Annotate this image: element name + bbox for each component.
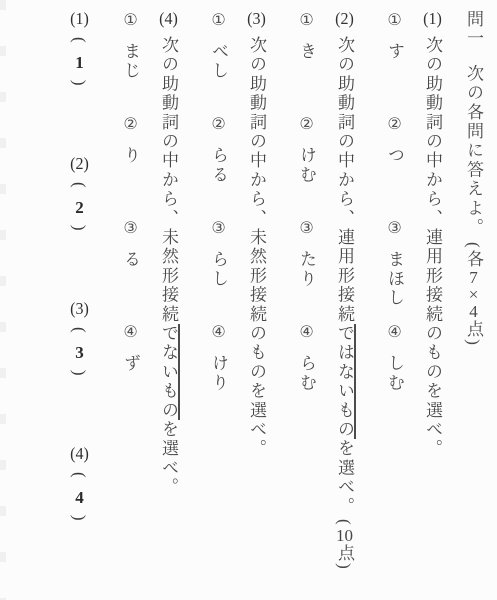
option-4: ④しむ <box>375 322 413 393</box>
circled-1-icon: ① <box>385 10 404 31</box>
question-3-text: 次の助動詞の中から、未然形接続のものを選べ。 <box>247 36 266 458</box>
question-4-text: 次の助動詞の中から、未然形接続 <box>159 36 178 324</box>
question-2-text: 次の助動詞の中から、連用形接続 <box>335 36 354 324</box>
answer-2-label: (2) <box>70 155 89 172</box>
option-2-text: らる <box>209 146 228 184</box>
option-3: ③たり <box>287 218 325 322</box>
option-2: ②り <box>111 114 149 218</box>
option-2: ②けむ <box>287 114 325 218</box>
option-1: ①まじ <box>111 10 149 114</box>
answer-blank-2: (2)(2) <box>59 155 99 300</box>
circled-4-icon: ④ <box>297 322 316 343</box>
option-2: ②らる <box>199 114 237 218</box>
answer-blank-4: (4)(4) <box>59 445 99 590</box>
section-points-note: (各7×4点) <box>464 242 483 347</box>
answer-1-close-paren: ) <box>70 80 89 88</box>
exam-sheet: 問一次の各問に答えよ。(各7×4点) (1)次の助動詞の中から、連用形接続のもの… <box>54 10 493 592</box>
answer-1-open-paren: ( <box>70 37 89 45</box>
question-3: (3)次の助動詞の中から、未然形接続のものを選べ。 ①べし②らる③らし④けり <box>199 10 275 592</box>
circled-4-icon: ④ <box>385 322 404 343</box>
question-4-label: (4) <box>159 10 178 27</box>
scan-edge-artifact <box>0 0 6 600</box>
circled-2-icon: ② <box>297 114 316 135</box>
option-4-text: けり <box>209 354 228 392</box>
question-2-label: (2) <box>335 10 354 27</box>
circled-3-icon: ③ <box>297 218 316 239</box>
option-2-text: つ <box>385 146 404 165</box>
answer-column: (1)(1)(2)(2)(3)(3)(4)(4) <box>59 10 99 592</box>
option-3: ③まほし <box>375 218 413 322</box>
question-2-emphasis: ではないもの <box>335 324 356 439</box>
option-3-text: まほし <box>385 250 404 308</box>
answer-3-value: 3 <box>70 344 89 361</box>
question-1-prompt: (1)次の助動詞の中から、連用形接続のものを選べ。 <box>413 10 451 592</box>
circled-3-icon: ③ <box>121 218 140 239</box>
question-3-prompt: (3)次の助動詞の中から、未然形接続のものを選べ。 <box>237 10 275 592</box>
option-1-text: べし <box>209 42 228 80</box>
section-instruction: 次の各問に答えよ。 <box>464 64 483 237</box>
answer-blank-1: (1)(1) <box>59 10 99 155</box>
answer-2-open-paren: ( <box>70 182 89 190</box>
option-1-text: す <box>385 42 404 61</box>
answer-4-open-paren: ( <box>70 472 89 480</box>
option-3-text: らし <box>209 250 228 288</box>
option-2-text: けむ <box>297 146 316 184</box>
circled-4-icon: ④ <box>209 322 228 343</box>
option-2-text: り <box>121 146 140 165</box>
option-4: ④らむ <box>287 322 325 393</box>
answer-4-value: 4 <box>70 489 89 506</box>
circled-2-icon: ② <box>209 114 228 135</box>
question-1-label: (1) <box>423 10 442 27</box>
answer-3-open-paren: ( <box>70 327 89 335</box>
question-4-prompt: (4)次の助動詞の中から、未然形接続でないものを選べ。 <box>149 10 187 592</box>
answer-2-close-paren: ) <box>70 225 89 233</box>
question-3-label: (3) <box>247 10 266 27</box>
circled-1-icon: ① <box>209 10 228 31</box>
option-1-text: き <box>297 42 316 61</box>
answer-3-close-paren: ) <box>70 370 89 378</box>
option-1: ①き <box>287 10 325 114</box>
circled-3-icon: ③ <box>385 218 404 239</box>
question-1-text: 次の助動詞の中から、連用形接続のものを選べ。 <box>423 36 442 458</box>
option-4-text: ず <box>121 354 140 373</box>
question-1-options: ①す②つ③まほし④しむ <box>375 10 413 592</box>
answer-2-value: 2 <box>70 199 89 216</box>
circled-2-icon: ② <box>385 114 404 135</box>
option-3: ③らし <box>199 218 237 322</box>
section-title: 問一 <box>464 10 483 48</box>
option-1-text: まじ <box>121 42 140 80</box>
option-4-text: しむ <box>385 354 404 392</box>
option-4-text: らむ <box>297 354 316 392</box>
option-1: ①べし <box>199 10 237 114</box>
circled-4-icon: ④ <box>121 322 140 343</box>
question-4-emphasis: でないもの <box>159 324 180 420</box>
section-header: 問一次の各問に答えよ。(各7×4点) <box>453 10 493 592</box>
question-4: (4)次の助動詞の中から、未然形接続でないものを選べ。 ①まじ②り③る④ず <box>111 10 187 592</box>
option-4: ④ず <box>111 322 149 373</box>
question-2: (2)次の助動詞の中から、連用形接続ではないものを選べ。(10点) ①き②けむ③… <box>287 10 363 592</box>
question-2-prompt: (2)次の助動詞の中から、連用形接続ではないものを選べ。(10点) <box>325 10 363 592</box>
option-2: ②つ <box>375 114 413 218</box>
answer-1-label: (1) <box>70 10 89 27</box>
answer-4-label: (4) <box>70 445 89 462</box>
option-3-text: たり <box>297 250 316 288</box>
circled-1-icon: ① <box>121 10 140 31</box>
answer-blank-3: (3)(3) <box>59 300 99 445</box>
option-3: ③る <box>111 218 149 322</box>
question-2-text-tail: を選べ。 <box>335 439 354 516</box>
question-1: (1)次の助動詞の中から、連用形接続のものを選べ。 ①す②つ③まほし④しむ <box>375 10 451 592</box>
question-2-note: (10点) <box>335 519 354 571</box>
option-3-text: る <box>121 250 140 269</box>
circled-2-icon: ② <box>121 114 140 135</box>
answer-4-close-paren: ) <box>70 515 89 523</box>
question-4-options: ①まじ②り③る④ず <box>111 10 149 592</box>
question-2-options: ①き②けむ③たり④らむ <box>287 10 325 592</box>
answer-3-label: (3) <box>70 300 89 317</box>
question-3-options: ①べし②らる③らし④けり <box>199 10 237 592</box>
option-1: ①す <box>375 10 413 114</box>
question-4-text-tail: を選べ。 <box>159 420 178 497</box>
circled-1-icon: ① <box>297 10 316 31</box>
option-4: ④けり <box>199 322 237 393</box>
answer-1-value: 1 <box>70 54 89 71</box>
circled-3-icon: ③ <box>209 218 228 239</box>
